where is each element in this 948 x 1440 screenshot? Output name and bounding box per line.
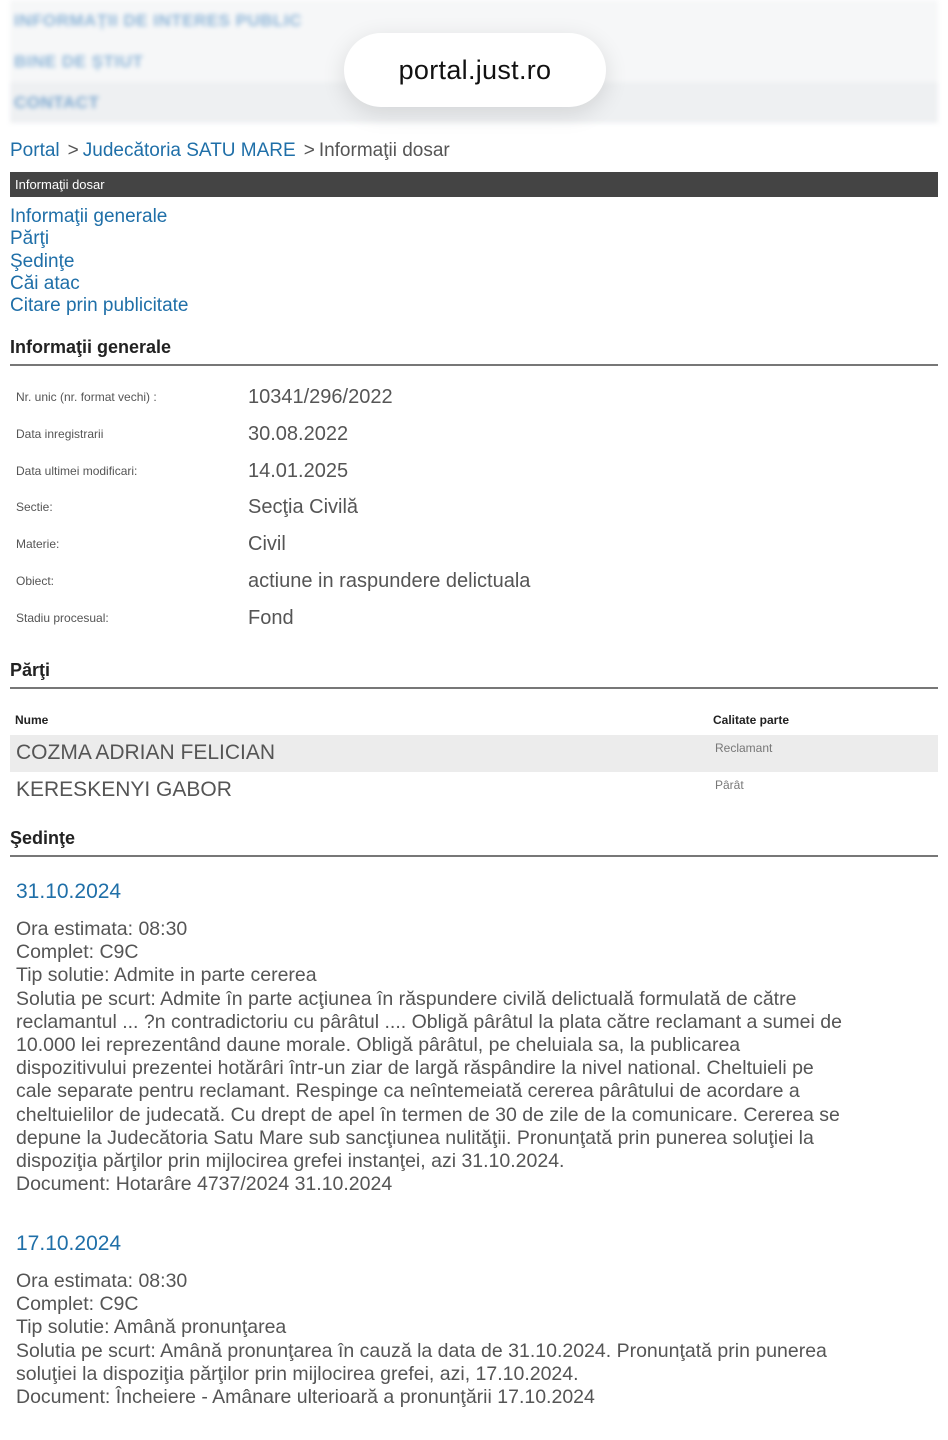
session-line: reclamantul ... ?n contradictoriu cu pâr… bbox=[16, 1011, 926, 1034]
session-date: 17.10.2024 bbox=[16, 1232, 926, 1256]
session-entry: 17.10.2024 Ora estimata: 08:30 Complet: … bbox=[16, 1232, 926, 1409]
address-bar[interactable]: portal.just.ro bbox=[344, 33, 606, 107]
breadcrumb-current: Informaţii dosar bbox=[319, 140, 450, 161]
breadcrumb: Portal>Judecătoria SATU MARE>Informaţii … bbox=[10, 140, 450, 162]
session-line: Complet: C9C bbox=[16, 1293, 926, 1316]
session-document: Document: Hotarâre 4737/2024 31.10.2024 bbox=[16, 1173, 926, 1196]
session-line: Solutia pe scurt: Admite în parte acţiun… bbox=[16, 988, 926, 1011]
breadcrumb-separator: > bbox=[68, 140, 79, 161]
general-info-heading: Informaţii generale bbox=[10, 337, 938, 366]
session-line: Ora estimata: 08:30 bbox=[16, 1270, 926, 1293]
party-role: Reclamant bbox=[715, 741, 772, 755]
session-document: Document: Încheiere - Amânare ulterioară… bbox=[16, 1386, 926, 1409]
info-label: Sectie: bbox=[16, 500, 53, 514]
info-value: 30.08.2022 bbox=[248, 423, 348, 446]
parties-heading: Părţi bbox=[10, 660, 938, 689]
party-row: KERESKENYI GABOR Pârât bbox=[10, 772, 938, 809]
session-line: 10.000 lei reprezentând daune morale. Ob… bbox=[16, 1034, 926, 1057]
sessions-heading: Şedinţe bbox=[10, 828, 938, 857]
session-line: cheltuielilor de judecată. Cu drept de a… bbox=[16, 1104, 926, 1127]
party-name: COZMA ADRIAN FELICIAN bbox=[16, 741, 275, 765]
party-role: Pârât bbox=[715, 778, 744, 792]
session-line: Complet: C9C bbox=[16, 941, 926, 964]
session-date: 31.10.2024 bbox=[16, 880, 926, 904]
session-line: Tip solutie: Admite in parte cererea bbox=[16, 964, 926, 987]
info-label: Data ultimei modificari: bbox=[16, 464, 137, 478]
info-value: Secţia Civilă bbox=[248, 496, 358, 519]
session-line: Ora estimata: 08:30 bbox=[16, 918, 926, 941]
session-line: dispozitivului prezentei hotărâri într-u… bbox=[16, 1057, 926, 1080]
section-title-bar: Informaţii dosar bbox=[10, 172, 938, 197]
info-label: Materie: bbox=[16, 537, 59, 551]
info-label: Data inregistrarii bbox=[16, 427, 103, 441]
session-line: depune la Judecătoria Satu Mare sub sanc… bbox=[16, 1127, 926, 1150]
session-line: soluţiei la dispoziţia părţilor prin mij… bbox=[16, 1363, 926, 1386]
info-value: Civil bbox=[248, 533, 286, 556]
info-label: Obiect: bbox=[16, 574, 54, 588]
quick-links: Informaţii generale Părţi Şedinţe Căi at… bbox=[10, 206, 188, 317]
breadcrumb-court[interactable]: Judecătoria SATU MARE bbox=[83, 140, 296, 161]
info-value: Fond bbox=[248, 607, 294, 630]
session-line: Tip solutie: Amână pronunţarea bbox=[16, 1316, 926, 1339]
info-value: actiune in raspundere delictuala bbox=[248, 570, 530, 593]
column-header-name: Nume bbox=[15, 713, 48, 727]
session-line: cale separate pentru reclamant. Respinge… bbox=[16, 1080, 926, 1103]
column-header-role: Calitate parte bbox=[713, 713, 789, 727]
link-sessions[interactable]: Şedinţe bbox=[10, 251, 188, 273]
link-general-info[interactable]: Informaţii generale bbox=[10, 206, 188, 228]
link-parties[interactable]: Părţi bbox=[10, 228, 188, 250]
session-line: dispoziţia părţilor prin mijlocirea gref… bbox=[16, 1150, 926, 1173]
link-public-summons[interactable]: Citare prin publicitate bbox=[10, 295, 188, 317]
session-line: Solutia pe scurt: Amână pronunţarea în c… bbox=[16, 1340, 926, 1363]
party-row: COZMA ADRIAN FELICIAN Reclamant bbox=[10, 735, 938, 772]
session-entry: 31.10.2024 Ora estimata: 08:30 Complet: … bbox=[16, 880, 926, 1196]
breadcrumb-separator: > bbox=[304, 140, 315, 161]
breadcrumb-portal[interactable]: Portal bbox=[10, 140, 60, 161]
info-label: Stadiu procesual: bbox=[16, 611, 109, 625]
link-appeals[interactable]: Căi atac bbox=[10, 273, 188, 295]
info-label: Nr. unic (nr. format vechi) : bbox=[16, 390, 157, 404]
info-value: 14.01.2025 bbox=[248, 460, 348, 483]
party-name: KERESKENYI GABOR bbox=[16, 778, 232, 802]
info-value: 10341/296/2022 bbox=[248, 386, 393, 409]
